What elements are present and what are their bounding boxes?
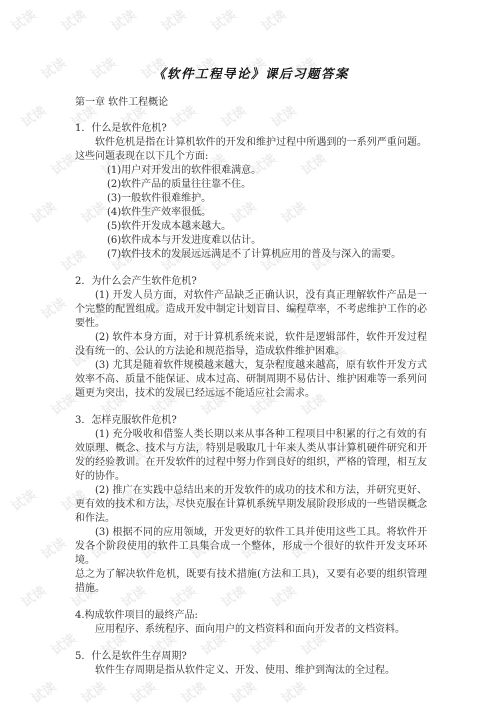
watermark-text: 试读	[37, 532, 69, 562]
answer-paragraph: (3) 根据不同的应用领域，开发更好的软件工具并使用这些工具。将软件开发各个阶段…	[75, 526, 427, 568]
document-page: 《软件工程导论》课后习题答案 第一章 软件工程概论 1．什么是软件危机? 软件危…	[75, 66, 427, 691]
question-heading: 5．什么是软件生存周期?	[75, 650, 427, 664]
watermark-text: 试读	[207, 4, 239, 34]
list-item: (1)用户对开发出的软件很难满意。	[75, 164, 427, 178]
answer-paragraph: 应用程序、系统程序、面向用户的文档资料和面向开发者的文档资料。	[75, 623, 427, 637]
watermark-text: 试读	[27, 196, 59, 226]
watermark-text: 试读	[27, 676, 59, 706]
conclusion-paragraph: 总之为了解决软件危机，既要有技术措施(方法和工具)，又要有必要的组织管理措施。	[75, 568, 427, 596]
answer-paragraph: (1) 开发人员方面，对软件产品缺乏正确认识，没有真正理解软件产品是一个完整的配…	[75, 289, 427, 331]
question-heading: 1．什么是软件危机?	[75, 122, 427, 136]
watermark-text: 试读	[157, 4, 189, 34]
watermark-text: 试读	[7, 4, 39, 34]
section-1: 1．什么是软件危机? 软件危机是指在计算机软件的开发和维护过程中所遇到的一系列严…	[75, 122, 427, 262]
answer-paragraph: 软件生存周期是指从软件定义、开发、使用、维护到淘汰的全过程。	[75, 664, 427, 678]
answer-paragraph: (1) 充分吸收和借鉴人类长期以来从事各种工程项目中积累的行之有效的有效原理、概…	[75, 428, 427, 484]
watermark-text: 试读	[107, 4, 139, 34]
watermark-text: 试读	[17, 100, 49, 130]
question-heading: 3．怎样克服软件危机?	[75, 414, 427, 428]
watermark-text: 试读	[257, 4, 289, 34]
watermark-text: 试读	[37, 292, 69, 322]
list-item: (7)软件技术的发展远远满足不了计算机应用的普及与深入的需要。	[75, 248, 427, 262]
section-4: 4.构成软件项目的最终产品: 应用程序、系统程序、面向用户的文档资料和面向开发者…	[75, 609, 427, 637]
watermark-text: 试读	[7, 484, 39, 514]
watermark-text: 试读	[17, 580, 49, 610]
watermark-text: 试读	[57, 4, 89, 34]
section-5: 5．什么是软件生存周期? 软件生存周期是指从软件定义、开发、使用、维护到淘汰的全…	[75, 650, 427, 678]
answer-paragraph: (2) 软件本身方面，对于计算机系统来说，软件是逻辑部件，软件开发过程没有统一的…	[75, 331, 427, 359]
section-3: 3．怎样克服软件危机? (1) 充分吸收和借鉴人类长期以来从事各种工程项目中积累…	[75, 414, 427, 596]
answer-paragraph: (3) 尤其是随着软件规模越来越大，复杂程度越来越高，原有软件开发方式效率不高、…	[75, 359, 427, 401]
watermark-text: 试读	[37, 52, 69, 82]
list-item: (3)一般软件很难维护。	[75, 192, 427, 206]
question-heading: 4.构成软件项目的最终产品:	[75, 609, 427, 623]
answer-paragraph: (2) 推广在实践中总结出来的开发软件的成功的技术和方法，并研究更好、更有效的技…	[75, 484, 427, 526]
list-item: (5)软件开发成本越来越大。	[75, 220, 427, 234]
list-item: (6)软件成本与开发进度难以估计。	[75, 234, 427, 248]
answer-paragraph: 软件危机是指在计算机软件的开发和维护过程中所遇到的一系列严重问题。这些问题表现在…	[75, 136, 427, 164]
section-2: 2．为什么会产生软件危机? (1) 开发人员方面，对软件产品缺乏正确认识，没有真…	[75, 275, 427, 401]
document-title: 《软件工程导论》课后习题答案	[75, 66, 427, 82]
list-item: (4)软件生产效率很低。	[75, 206, 427, 220]
question-heading: 2．为什么会产生软件危机?	[75, 275, 427, 289]
list-item: (2)软件产品的质量往往靠不住。	[75, 178, 427, 192]
chapter-heading: 第一章 软件工程概论	[75, 96, 427, 110]
